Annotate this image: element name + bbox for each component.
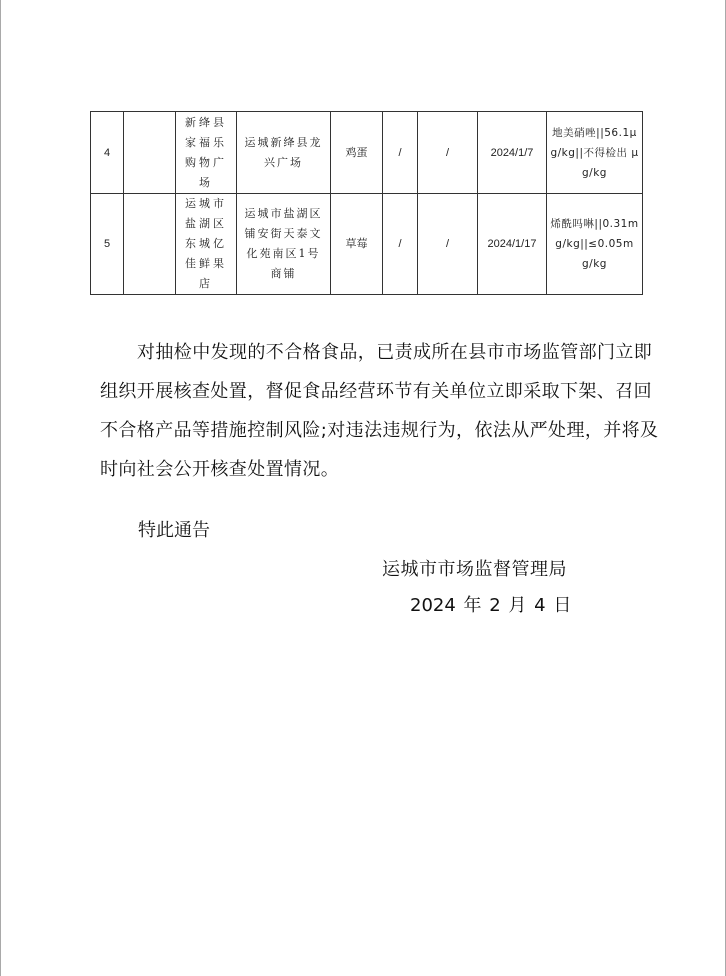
row-index: 5 [91, 194, 124, 295]
document-page: 4 新绛县家福乐购物广场 运城新绛县龙兴广场 鸡蛋 / / 2024/1/7 地… [0, 0, 726, 976]
sampling-date: 2024/1/7 [478, 112, 547, 194]
test-result: 地美硝唑||56.1μg/kg||不得检出 μg/kg [547, 112, 643, 194]
blank-cell [124, 194, 176, 295]
sampling-date: 2024/1/17 [478, 194, 547, 295]
business-name: 运城市盐湖区东城亿佳鲜果店 [176, 194, 237, 295]
slash-cell: / [383, 112, 418, 194]
business-address: 运城新绛县龙兴广场 [237, 112, 331, 194]
closing-notice: 特此通告 [138, 516, 210, 546]
test-result: 烯酰吗啉||0.31mg/kg||≤0.05mg/kg [547, 194, 643, 295]
food-name: 鸡蛋 [331, 112, 383, 194]
row-index: 4 [91, 112, 124, 194]
business-name: 新绛县家福乐购物广场 [176, 112, 237, 194]
table-row: 4 新绛县家福乐购物广场 运城新绛县龙兴广场 鸡蛋 / / 2024/1/7 地… [91, 112, 643, 194]
signature-date: 2024 年 2 月 4 日 [410, 591, 571, 621]
table-row: 5 运城市盐湖区东城亿佳鲜果店 运城市盐湖区铺安街天泰文化苑南区1号商铺 草莓 … [91, 194, 643, 295]
inspection-results-table: 4 新绛县家福乐购物广场 运城新绛县龙兴广场 鸡蛋 / / 2024/1/7 地… [90, 111, 643, 295]
blank-cell [124, 112, 176, 194]
slash-cell: / [383, 194, 418, 295]
disposal-paragraph: 对抽检中发现的不合格食品，已责成所在县市市场监管部门立即组织开展核查处置，督促食… [100, 333, 660, 489]
slash-cell: / [418, 112, 478, 194]
slash-cell: / [418, 194, 478, 295]
business-address: 运城市盐湖区铺安街天泰文化苑南区1号商铺 [237, 194, 331, 295]
signature-organization: 运城市市场监督管理局 [382, 555, 567, 585]
food-name: 草莓 [331, 194, 383, 295]
